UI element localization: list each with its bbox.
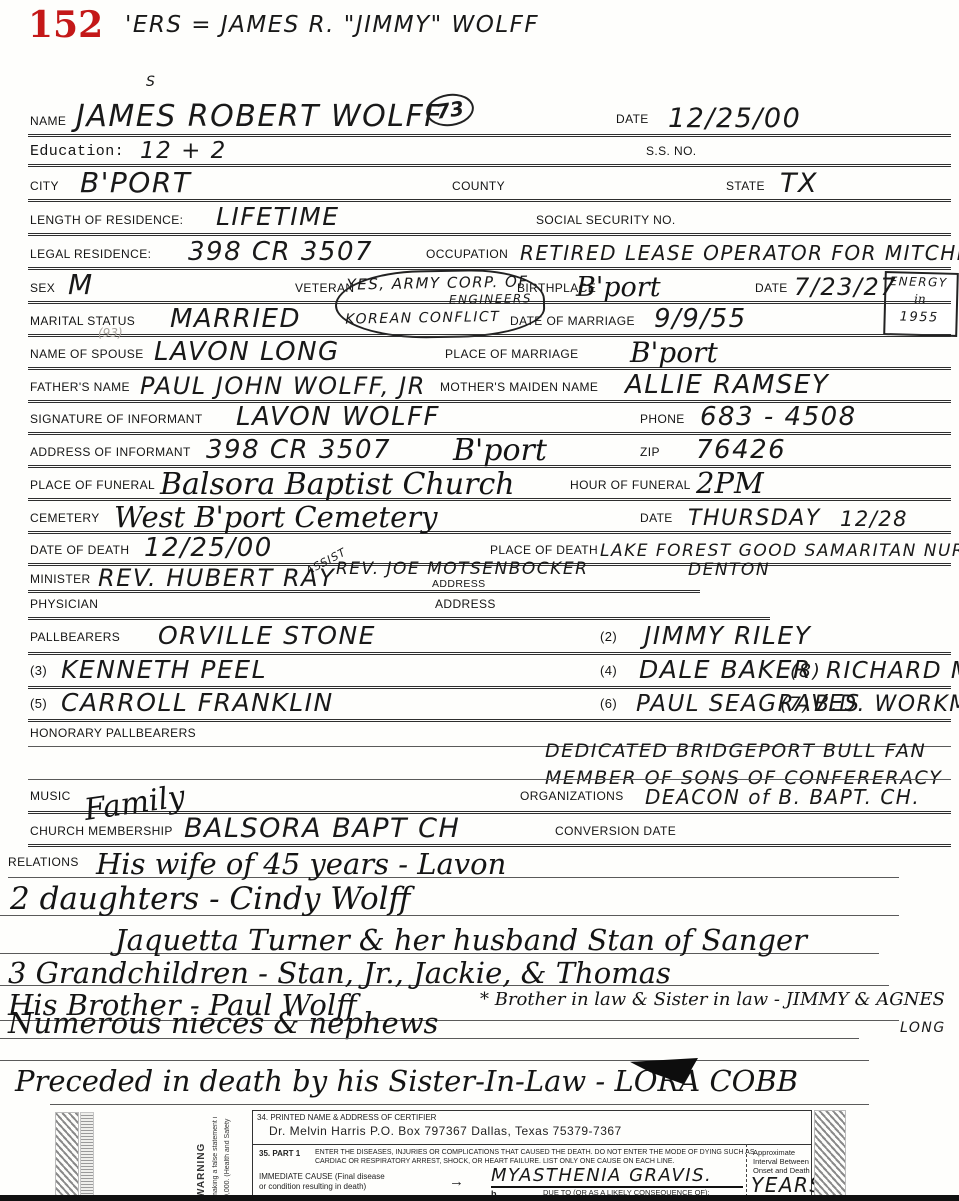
row-name: NAME JAMES ROBERT WOLFF S 73 DATE 12/25/… — [28, 88, 951, 137]
row-relations-4: 3 Grandchildren - Stan, Jr., Jackie, & T… — [0, 953, 889, 986]
residence-length-label: LENGTH OF RESIDENCE: — [30, 213, 183, 227]
cemetery-label: CEMETERY — [30, 511, 100, 525]
relations-line-6: Numerous nieces & nephews — [8, 1006, 438, 1040]
warning-small-text-2: 0,000. (Health and Safety — [224, 1112, 231, 1198]
certifier-box: 34. PRINTED NAME & ADDRESS OF CERTIFIER … — [252, 1110, 812, 1198]
row-marital: MARITAL STATUS MARRIED DATE OF MARRIAGE … — [28, 301, 951, 337]
minister-label: MINISTER — [30, 572, 91, 586]
bottom-scan-bar — [0, 1195, 959, 1201]
row-city: CITY B'PORT COUNTY STATE TX — [28, 164, 951, 202]
funeral-date-label: DATE — [640, 511, 673, 525]
organizations-label: ORGANIZATIONS — [520, 789, 624, 803]
physician-address-label: ADDRESS — [435, 597, 496, 611]
pallbearer-8: RICHARD MITCHELL — [826, 658, 959, 684]
residence-length-value: LIFETIME — [216, 202, 340, 231]
education-value: 12 + 2 — [140, 138, 227, 164]
funeral-hour-value: 2PM — [696, 466, 764, 500]
pallbearer-1: ORVILLE STONE — [158, 621, 376, 650]
pallbearers-label: PALLBEARERS — [30, 630, 120, 644]
row-residence-length: LENGTH OF RESIDENCE: LIFETIME SOCIAL SEC… — [28, 199, 951, 236]
legal-residence-value: 398 CR 3507 — [188, 237, 373, 267]
city-value: B'PORT — [80, 166, 191, 199]
occupation-value: RETIRED LEASE OPERATOR FOR MITCHELL — [520, 241, 959, 265]
social-security-label: SOCIAL SECURITY NO. — [536, 213, 676, 227]
phone-value: 683 - 4508 — [700, 402, 857, 432]
organizations-value: DEACON of B. BAPT. CH. — [645, 785, 920, 809]
sex-label: SEX — [30, 281, 55, 295]
row-minister: MINISTER REV. HUBERT RAY ASSIST REV. JOE… — [28, 563, 700, 593]
relations-side-note-1: * Brother in law & Sister in law - JIMMY… — [480, 989, 945, 1010]
mother-label: MOTHER'S MAIDEN NAME — [440, 380, 598, 394]
relations-label: RELATIONS — [8, 855, 79, 869]
funeral-place-label: PLACE OF FUNERAL — [30, 478, 155, 492]
relations-line-3: Jaquetta Turner & her husband Stan of Sa… — [115, 923, 807, 957]
row-church: CHURCH MEMBERSHIP BALSORA BAPT CH CONVER… — [28, 811, 951, 847]
birthplace-value: B'port — [576, 272, 661, 303]
interval-label-2: Interval Between — [753, 1157, 809, 1166]
row-pallbearers-3: (5) CARROLL FRANKLIN (6) PAUL SEAGRAVES … — [28, 686, 951, 722]
pallbearer-3-number: (3) — [30, 663, 47, 678]
birth-date-value: 7/23/27 — [794, 273, 897, 301]
row-legal-residence: LEGAL RESIDENCE: 398 CR 3507 OCCUPATION … — [28, 233, 951, 270]
father-value: PAUL JOHN WOLFF, JR — [140, 372, 426, 400]
row-relations-2: 2 daughters - Cindy Wolff — [0, 877, 899, 916]
conversion-date-label: CONVERSION DATE — [555, 824, 676, 838]
funeral-date-value2: 12/28 — [840, 507, 908, 531]
pallbearer-4-number: (4) — [600, 663, 617, 678]
marital-status-value: MARRIED — [170, 304, 301, 334]
birth-date-label: DATE — [755, 281, 788, 295]
relations-rule-blank — [0, 1060, 869, 1061]
marriage-place-label: PLACE OF MARRIAGE — [445, 347, 579, 361]
music-label: MUSIC — [30, 789, 71, 803]
minister-value: REV. HUBERT RAY — [98, 564, 335, 592]
row-relations-1: RELATIONS His wife of 45 years - Lavon — [8, 844, 899, 878]
death-date-value: 12/25/00 — [144, 533, 273, 563]
pallbearer-7-number: (7) — [780, 693, 811, 715]
pallbearer-5-number: (5) — [30, 696, 47, 711]
spouse-value: LAVON LONG — [154, 337, 340, 367]
death-place-value: LAKE FOREST GOOD SAMARITAN NURSING HOM — [600, 541, 959, 561]
funeral-place-value: Balsora Baptist Church — [160, 467, 515, 502]
part1-text-1: ENTER THE DISEASES, INJURIES OR COMPLICA… — [315, 1149, 755, 1156]
death-place-city: DENTON — [688, 560, 770, 580]
relations-rule-6 — [0, 1038, 859, 1039]
legal-residence-label: LEGAL RESIDENCE: — [30, 247, 151, 261]
pallbearer-2: JIMMY RILEY — [644, 621, 811, 650]
arrow-icon: → — [449, 1173, 464, 1190]
part1-text-2: CARDIAC OR RESPIRATORY ARREST, SHOCK, OR… — [315, 1158, 674, 1165]
row-parents: FATHER'S NAME PAUL JOHN WOLFF, JR MOTHER… — [28, 367, 951, 403]
informant-address-value: 398 CR 3507 — [206, 435, 391, 465]
state-label: STATE — [726, 179, 765, 193]
row-cemetery: CEMETERY West B'port Cemetery DATE THURS… — [28, 498, 951, 534]
immediate-cause-label-2: or condition resulting in death) — [259, 1182, 366, 1191]
row-relations-3: Jaquetta Turner & her husband Stan of Sa… — [0, 915, 879, 954]
relations-rule-7 — [50, 1104, 869, 1105]
occupation-label: OCCUPATION — [426, 247, 508, 261]
pallbearer-2-number: (2) — [600, 629, 617, 644]
date-value: 12/25/00 — [668, 103, 801, 134]
row-music: MUSIC Family ORGANIZATIONS DEACON of B. … — [28, 779, 951, 814]
death-place-label: PLACE OF DEATH — [490, 543, 598, 557]
city-label: CITY — [30, 179, 59, 193]
marriage-date-value: 9/9/55 — [654, 304, 747, 334]
scanned-funeral-record: 152 'ERS = JAMES R. "JIMMY" WOLFF NAME J… — [0, 0, 959, 1201]
minister-address-label: ADDRESS — [432, 578, 486, 590]
pallbearer-6-number: (6) — [600, 696, 617, 711]
relations-line-2: 2 daughters - Cindy Wolff — [10, 881, 411, 917]
spouse-pencil-note: (93) — [98, 326, 123, 340]
row-informant-signature: SIGNATURE OF INFORMANT LAVON WOLFF PHONE… — [28, 400, 951, 435]
interval-value: YEARS — [751, 1173, 824, 1197]
row-spouse: NAME OF SPOUSE (93) LAVON LONG PLACE OF … — [28, 334, 951, 370]
pallbearer-3: KENNETH PEEL — [61, 655, 267, 684]
church-membership-value: BALSORA BAPT CH — [184, 813, 460, 844]
cemetery-value: West B'port Cemetery — [114, 500, 437, 534]
row-informant-address: ADDRESS OF INFORMANT 398 CR 3507 B'port … — [28, 432, 951, 468]
father-label: FATHER'S NAME — [30, 380, 130, 394]
honorary-note-1: DEDICATED BRIDGEPORT BULL FAN — [545, 740, 926, 762]
pallbearer-7: B.D. WORKMAN — [814, 692, 959, 717]
row-funeral-place: PLACE OF FUNERAL Balsora Baptist Church … — [28, 465, 951, 501]
zip-label: ZIP — [640, 445, 660, 459]
county-label: COUNTY — [452, 179, 505, 193]
security-pattern-left-2 — [80, 1112, 94, 1198]
informant-address-city: B'port — [453, 433, 547, 468]
pallbearer-8-number: (8) — [790, 660, 821, 682]
certifier-divider — [253, 1144, 811, 1145]
zip-value: 76426 — [696, 435, 786, 465]
pallbearer-5: CARROLL FRANKLIN — [61, 688, 334, 717]
mother-value: ALLIE RAMSEY — [625, 370, 829, 400]
church-membership-label: CHURCH MEMBERSHIP — [30, 824, 173, 838]
ssn-label: S.S. NO. — [646, 144, 697, 158]
interval-label-1: Approximate — [753, 1148, 795, 1157]
certifier-label: 34. PRINTED NAME & ADDRESS OF CERTIFIER — [257, 1113, 436, 1122]
security-pattern-right — [814, 1110, 846, 1198]
name-correction: S — [146, 74, 156, 90]
relations-line-1: His wife of 45 years - Lavon — [96, 847, 506, 881]
marriage-date-label: DATE OF MARRIAGE — [510, 314, 635, 328]
marriage-place-value: B'port — [630, 336, 718, 369]
row-education: Education: 12 + 2 S.S. NO. — [28, 134, 951, 167]
physician-label: PHYSICIAN — [30, 597, 98, 611]
immediate-cause-label-1: IMMEDIATE CAUSE (Final disease — [259, 1172, 385, 1181]
certifier-value: Dr. Melvin Harris P.O. Box 797367 Dallas… — [269, 1124, 622, 1138]
death-date-label: DATE OF DEATH — [30, 543, 129, 557]
name-value: JAMES ROBERT WOLFF — [76, 99, 443, 134]
interval-divider — [746, 1144, 747, 1197]
warning-small-text-1: making a false statement i — [212, 1112, 219, 1198]
sex-value: M — [68, 268, 94, 301]
education-label: Education: — [30, 143, 124, 160]
informant-signature-value: LAVON WOLFF — [236, 402, 440, 432]
pallbearer-4: DALE BAKER — [639, 655, 812, 684]
name-label: NAME — [30, 114, 66, 128]
informant-address-label: ADDRESS OF INFORMANT — [30, 445, 191, 459]
row-physician: PHYSICIAN ADDRESS — [28, 590, 770, 620]
state-value: TX — [780, 168, 818, 199]
veteran-line1: YES, ARMY CORP. OF — [346, 272, 528, 293]
warning-vertical-text: WARNING — [196, 1112, 207, 1198]
header-note: 'ERS = JAMES R. "JIMMY" WOLFF — [125, 12, 539, 38]
informant-signature-label: SIGNATURE OF INFORMANT — [30, 412, 203, 426]
phone-label: PHONE — [640, 412, 685, 426]
funeral-date-value: THURSDAY — [688, 506, 821, 531]
date-label: DATE — [616, 112, 649, 126]
funeral-hour-label: HOUR OF FUNERAL — [570, 478, 691, 492]
row-pallbearers-2: (3) KENNETH PEEL (4) DALE BAKER (8) RICH… — [28, 652, 951, 689]
honorary-label: HONORARY PALLBEARERS — [30, 726, 196, 740]
immediate-cause-value: MYASTHENIA GRAVIS. — [491, 1165, 743, 1188]
spouse-label: NAME OF SPOUSE — [30, 347, 144, 361]
minister-assist-value: REV. JOE MOTSENBOCKER — [336, 559, 588, 579]
part1-label: 35. PART 1 — [259, 1149, 300, 1158]
security-pattern-left — [55, 1112, 79, 1198]
relations-side-note-2: LONG — [900, 1020, 946, 1036]
row-pallbearers-1: PALLBEARERS ORVILLE STONE (2) JIMMY RILE… — [28, 617, 951, 655]
page-number: 152 — [28, 4, 103, 46]
